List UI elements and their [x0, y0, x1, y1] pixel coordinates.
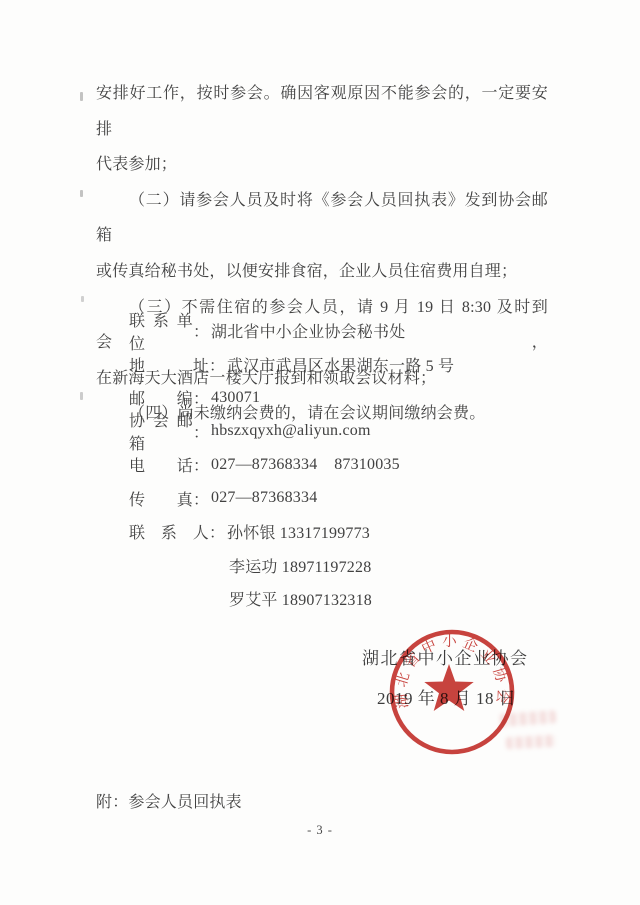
contact-value: 027—87368334 87310035: [209, 456, 400, 474]
contact-label: 电话: [129, 453, 193, 476]
contact-colon: ：: [193, 453, 209, 476]
contact-row-unit: 联系单位：湖北省中小企业协会秘书处: [129, 314, 454, 348]
contact-colon: ：: [209, 353, 225, 376]
official-seal-stamp: 湖北省中小企业协会: [387, 627, 517, 757]
contact-row-phone: 电话：027—87368334 87310035: [129, 448, 454, 482]
contact-value: hbszxqyxh@aliyun.com: [209, 422, 371, 440]
body-line: 代表参加；: [96, 147, 548, 183]
document-page: 安排好工作，按时参会。确因客观原因不能参会的，一定要安排 代表参加； （二）请参…: [0, 0, 640, 905]
scan-artifact: [80, 92, 83, 101]
page-number: - 3 -: [0, 823, 640, 838]
seal-star-icon: [424, 664, 473, 711]
body-line: 或传真给秘书处，以便安排食宿，企业人员住宿费用自理；: [96, 254, 548, 290]
contact-row-person: 联系人：孙怀银 13317199773: [129, 515, 454, 549]
scan-artifact: [80, 190, 83, 197]
contact-row-address: 地址：武汉市武昌区水果湖东一路 5 号: [129, 348, 454, 382]
contact-colon: ：: [193, 487, 209, 510]
contact-colon: ：: [193, 386, 209, 409]
contact-label: 联系单位: [129, 308, 193, 354]
scan-artifact: [81, 296, 84, 302]
contact-colon: ：: [209, 520, 225, 543]
contact-row-email: 协会邮箱：hbszxqyxh@aliyun.com: [129, 415, 454, 449]
contact-value: 孙怀银 13317199773: [225, 520, 370, 543]
scan-artifact: [80, 392, 83, 400]
contact-value: 罗艾平 18907132318: [227, 587, 372, 610]
body-line: （二）请参会人员及时将《参会人员回执表》发到协会邮箱: [96, 183, 548, 254]
contact-label: 联系人: [129, 520, 209, 543]
contact-colon: ：: [193, 420, 209, 443]
contact-value: 430071: [209, 389, 260, 407]
contact-label: 传真: [129, 487, 193, 510]
contact-label: 协会邮箱: [129, 408, 193, 454]
contact-value: 027—87368334: [209, 489, 317, 507]
attachment-note: 附：参会人员回执表: [96, 789, 242, 812]
contact-row-person: 罗艾平 18907132318: [129, 582, 454, 616]
contact-value: 李运功 18971197228: [227, 554, 371, 577]
contact-row-person: 李运功 18971197228: [129, 549, 454, 583]
contact-label: 地址: [129, 353, 209, 376]
contact-label: 邮编: [129, 386, 193, 409]
contact-info: 联系单位：湖北省中小企业协会秘书处 地址：武汉市武昌区水果湖东一路 5 号 邮编…: [129, 314, 454, 616]
body-line: 安排好工作，按时参会。确因客观原因不能参会的，一定要安排: [96, 76, 548, 147]
contact-value: 湖北省中小企业协会秘书处: [209, 319, 405, 342]
contact-value: 武汉市武昌区水果湖东一路 5 号: [225, 353, 454, 376]
contact-colon: ：: [193, 319, 209, 342]
contact-row-fax: 传真：027—87368334: [129, 482, 454, 516]
